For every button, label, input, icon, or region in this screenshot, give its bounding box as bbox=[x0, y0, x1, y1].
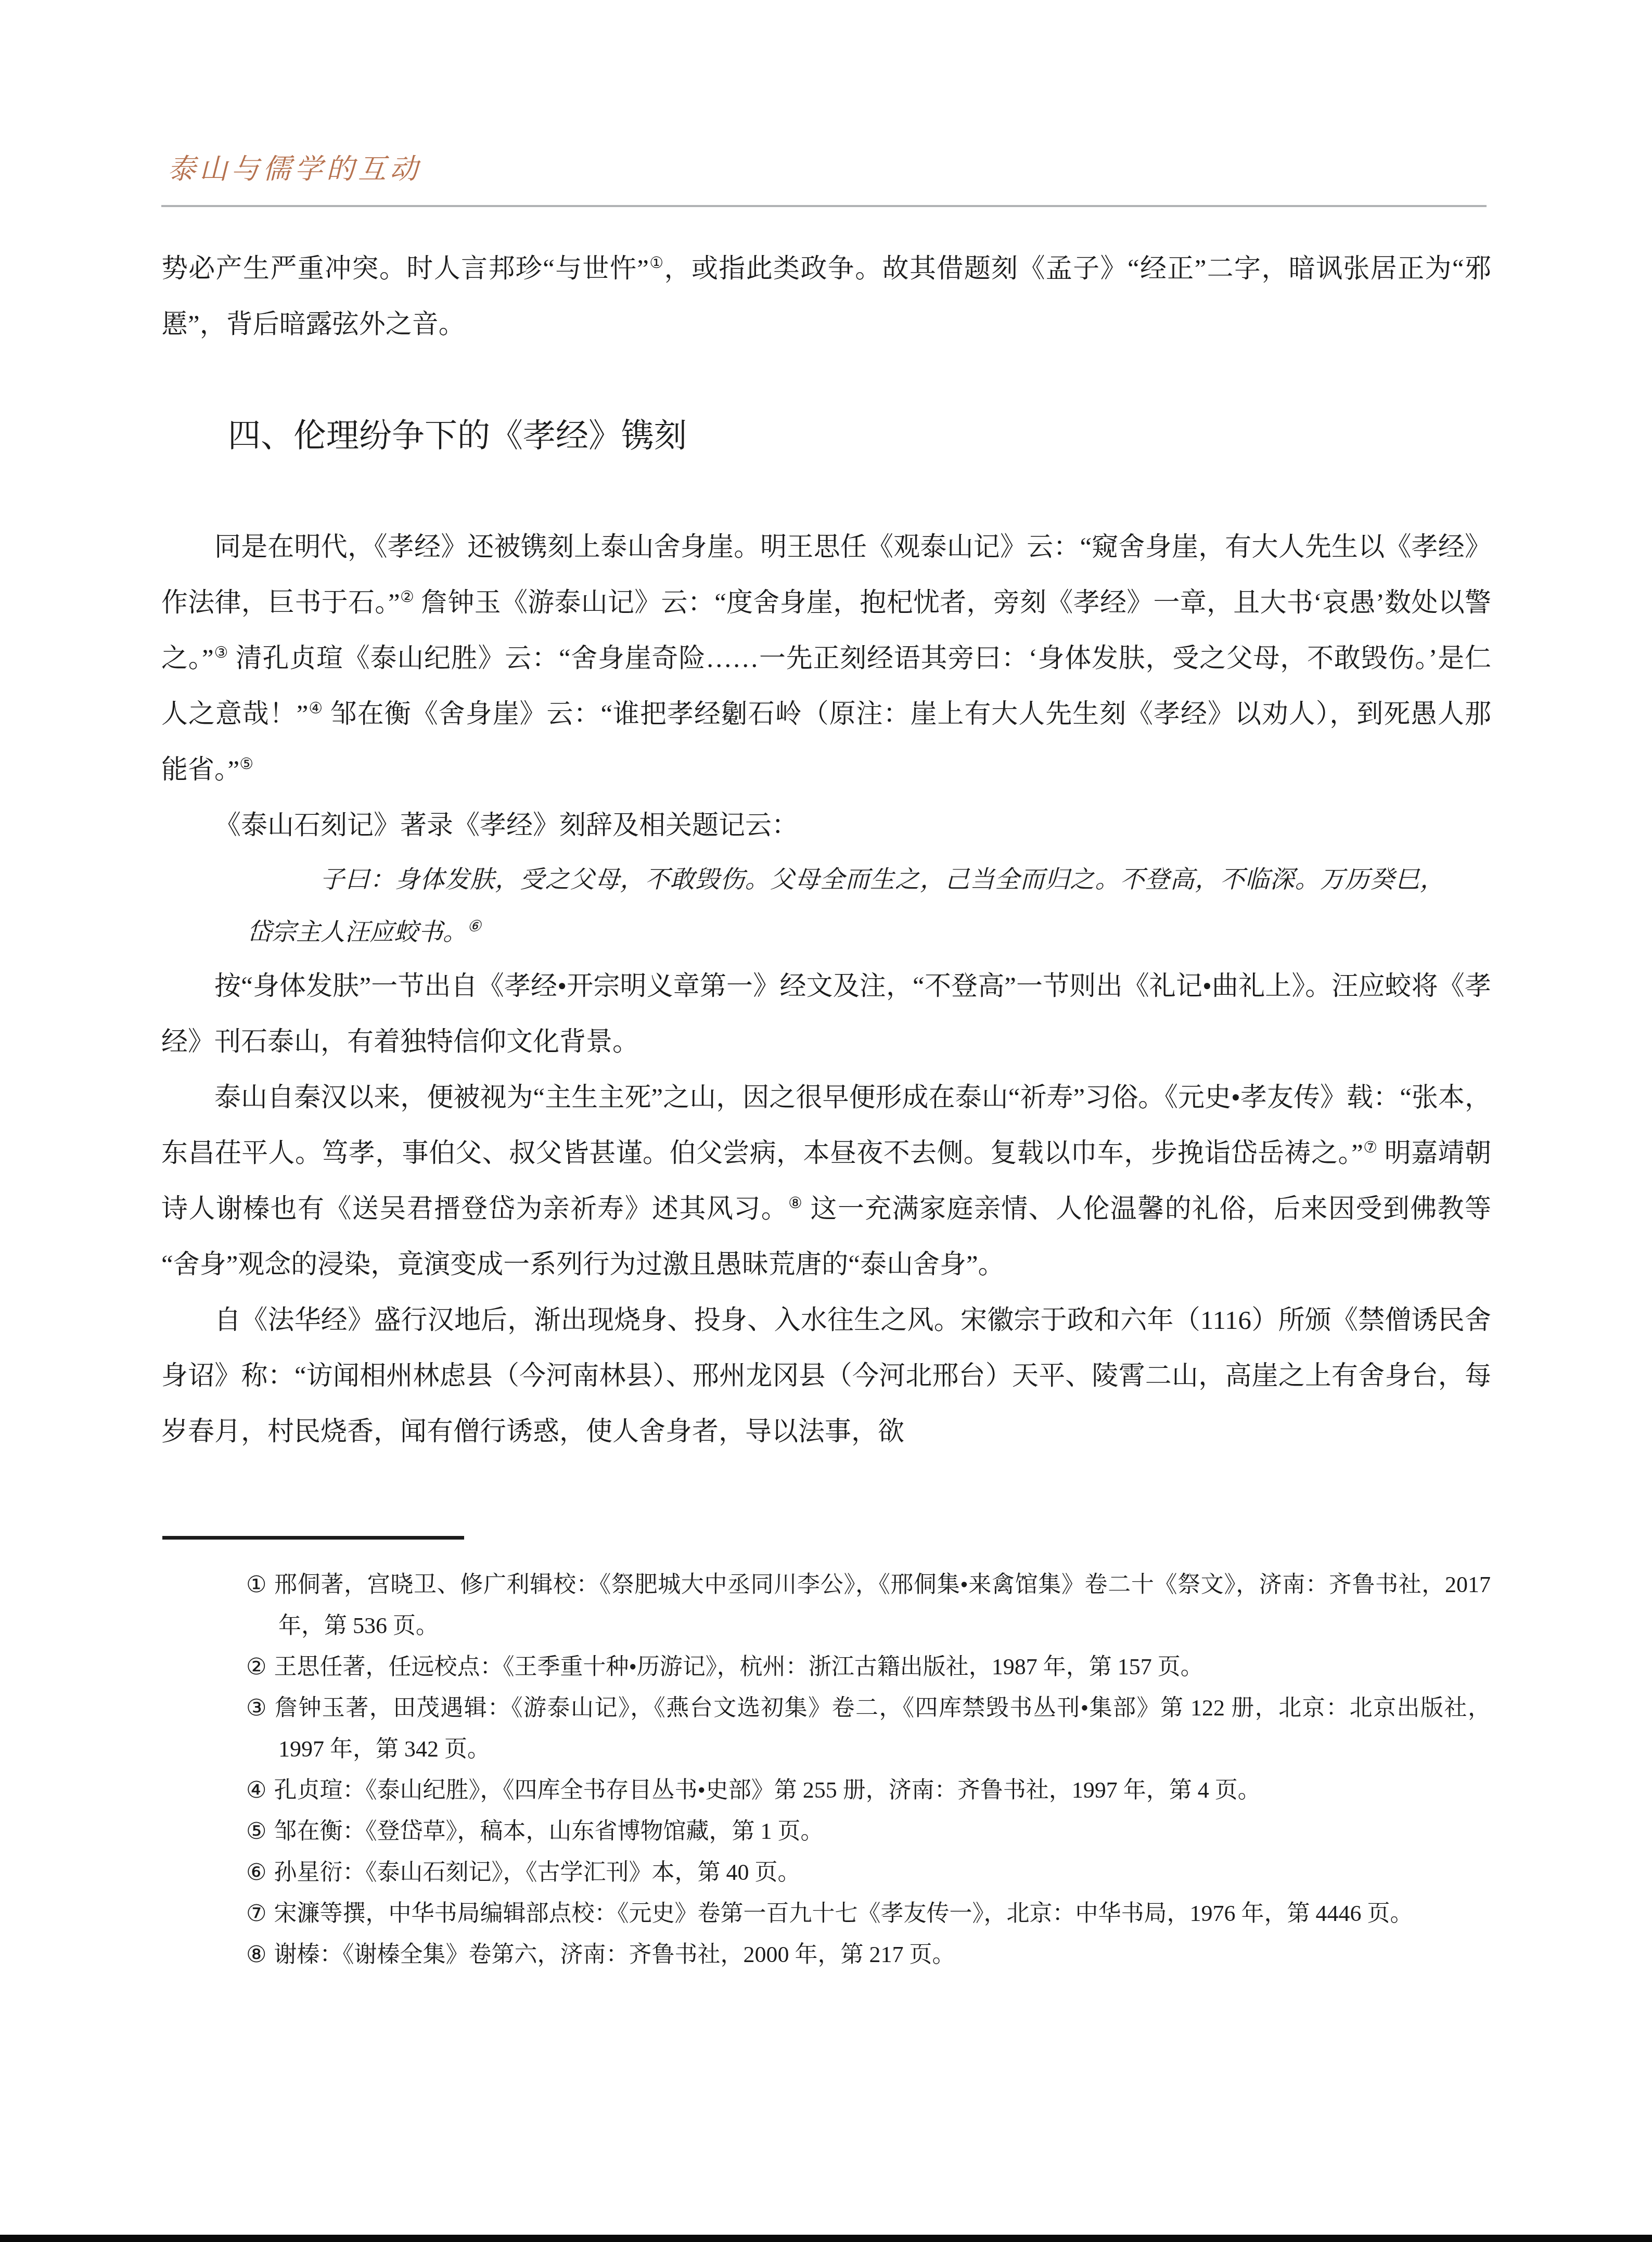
footnote-text: 邹在衡：《登岱草》，稿本，山东省博物馆藏，第 1 页。 bbox=[274, 1818, 823, 1844]
footnote-item: ⑥孙星衍：《泰山石刻记》，《古学汇刊》本，第 40 页。 bbox=[246, 1852, 1491, 1893]
footnote-text: 邢侗著，宫晓卫、修广利辑校：《祭肥城大中丞同川李公》，《邢侗集•来禽馆集》卷二十… bbox=[274, 1572, 1491, 1638]
text-run: 势必产生严重冲突。时人言邦珍“与世忤” bbox=[161, 254, 649, 284]
footnote-marker: ⑦ bbox=[246, 1901, 266, 1926]
footnote-item: ⑧谢榛：《谢榛全集》卷第六，济南：齐鲁书社，2000 年，第 217 页。 bbox=[246, 1934, 1491, 1975]
scan-edge-artifact bbox=[0, 2235, 1652, 2242]
footnote-separator bbox=[162, 1536, 464, 1540]
text-run: 邹在衡《舍身崖》云：“谁把孝经劖石岭（原注：崖上有大人先生刻《孝经》以劝人），到… bbox=[161, 700, 1491, 785]
footnote-ref-marker: ③ bbox=[214, 644, 228, 661]
body-paragraph: 同是在明代，《孝经》还被镌刻上泰山舍身崖。明王思任《观泰山记》云：“窥舍身崖，有… bbox=[161, 520, 1491, 798]
footnote-item: ⑤邹在衡：《登岱草》，稿本，山东省博物馆藏，第 1 页。 bbox=[246, 1811, 1491, 1852]
footnote-item: ①邢侗著，宫晓卫、修广利辑校：《祭肥城大中丞同川李公》，《邢侗集•来禽馆集》卷二… bbox=[246, 1564, 1491, 1646]
text-run: 自《法华经》盛行汉地后，渐出现烧身、投身、入水往生之风。宋徽宗于政和六年（111… bbox=[161, 1306, 1491, 1446]
header-rule bbox=[161, 205, 1487, 207]
footnote-ref-marker: ⑦ bbox=[1363, 1139, 1378, 1156]
footnote-ref-marker: ④ bbox=[308, 700, 323, 717]
footnote-ref-marker: ① bbox=[649, 254, 664, 272]
body-paragraph: 势必产生严重冲突。时人言邦珍“与世忤”①，或指此类政争。故其借题刻《孟子》“经正… bbox=[161, 241, 1491, 353]
section-heading: 四、伦理纷争下的《孝经》镌刻 bbox=[228, 406, 1491, 466]
footnote-item: ③詹钟玉著，田茂遇辑：《游泰山记》，《燕台文选初集》卷二，《四库禁毁书丛刊•集部… bbox=[246, 1687, 1491, 1770]
footnote-item: ④孔贞瑄：《泰山纪胜》，《四库全书存目丛书•史部》第 255 册，济南：齐鲁书社… bbox=[246, 1770, 1491, 1811]
text-run: 泰山自秦汉以来，便被视为“主生主死”之山，因之很早便形成在泰山“祈寿”习俗。《元… bbox=[161, 1083, 1491, 1168]
footnote-text: 宋濂等撰，中华书局编辑部点校：《元史》卷第一百九十七《孝友传一》，北京：中华书局… bbox=[274, 1901, 1413, 1926]
footnote-ref-marker: ⑧ bbox=[788, 1195, 803, 1212]
text-run: 《泰山石刻记》著录《孝经》刻辞及相关题记云： bbox=[214, 811, 798, 840]
footnote-text: 谢榛：《谢榛全集》卷第六，济南：齐鲁书社，2000 年，第 217 页。 bbox=[274, 1942, 955, 1967]
body-paragraph: 按“身体发肤”一节出自《孝经•开宗明义章第一》经文及注，“不登高”一节则出《礼记… bbox=[161, 959, 1491, 1070]
footnotes: ①邢侗著，宫晓卫、修广利辑校：《祭肥城大中丞同川李公》，《邢侗集•来禽馆集》卷二… bbox=[246, 1564, 1491, 1975]
book-page: 泰山与儒学的互动 势必产生严重冲突。时人言邦珍“与世忤”①，或指此类政争。故其借… bbox=[0, 0, 1652, 2242]
footnote-marker: ⑧ bbox=[246, 1942, 266, 1967]
footnote-item: ⑦宋濂等撰，中华书局编辑部点校：《元史》卷第一百九十七《孝友传一》，北京：中华书… bbox=[246, 1893, 1491, 1934]
footnote-marker: ① bbox=[246, 1572, 267, 1597]
block-quote: 子曰：身体发肤，受之父母，不敢毁伤。父母全而生之，己当全而归之。不登高，不临深。… bbox=[247, 854, 1444, 959]
footnote-marker: ④ bbox=[246, 1777, 266, 1803]
footnote-marker: ⑤ bbox=[246, 1818, 266, 1844]
footnote-text: 孔贞瑄：《泰山纪胜》，《四库全书存目丛书•史部》第 255 册，济南：齐鲁书社，… bbox=[274, 1777, 1260, 1803]
running-header-title: 泰山与儒学的互动 bbox=[168, 152, 421, 187]
body-paragraph: 自《法华经》盛行汉地后，渐出现烧身、投身、入水往生之风。宋徽宗于政和六年（111… bbox=[161, 1293, 1491, 1460]
page-body: 势必产生严重冲突。时人言邦珍“与世忤”①，或指此类政争。故其借题刻《孟子》“经正… bbox=[161, 241, 1491, 1460]
body-paragraph: 《泰山石刻记》著录《孝经》刻辞及相关题记云： bbox=[161, 798, 1491, 854]
footnote-text: 孙星衍：《泰山石刻记》，《古学汇刊》本，第 40 页。 bbox=[274, 1860, 800, 1885]
body-paragraph: 泰山自秦汉以来，便被视为“主生主死”之山，因之很早便形成在泰山“祈寿”习俗。《元… bbox=[161, 1070, 1491, 1293]
footnote-marker: ② bbox=[246, 1654, 266, 1680]
footnote-ref-marker: ⑥ bbox=[467, 918, 481, 935]
footnote-text: 詹钟玉著，田茂遇辑：《游泰山记》，《燕台文选初集》卷二，《四库禁毁书丛刊•集部》… bbox=[275, 1695, 1491, 1762]
footnote-marker: ⑥ bbox=[246, 1860, 266, 1885]
text-run: 按“身体发肤”一节出自《孝经•开宗明义章第一》经文及注，“不登高”一节则出《礼记… bbox=[161, 972, 1491, 1057]
footnote-marker: ③ bbox=[246, 1695, 267, 1721]
footnote-ref-marker: ⑤ bbox=[239, 755, 253, 773]
footnote-text: 王思任著，任远校点：《王季重十种•历游记》，杭州：浙江古籍出版社，1987 年，… bbox=[274, 1654, 1203, 1680]
footnote-ref-marker: ② bbox=[400, 588, 414, 606]
footnote-item: ②王思任著，任远校点：《王季重十种•历游记》，杭州：浙江古籍出版社，1987 年… bbox=[246, 1646, 1491, 1687]
text-run: 子曰：身体发肤，受之父母，不敢毁伤。父母全而生之，己当全而归之。不登高，不临深。… bbox=[247, 866, 1444, 946]
